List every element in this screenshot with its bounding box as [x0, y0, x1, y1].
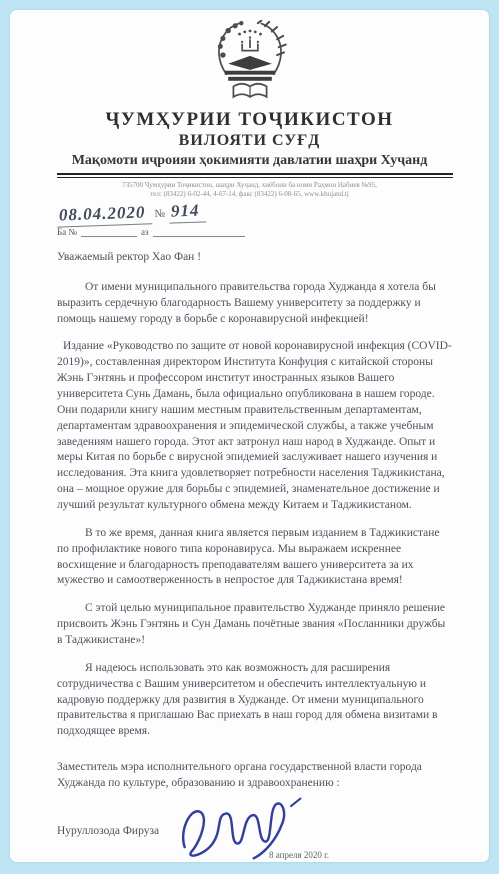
letterhead-address-line1: 735700 Ҷумҳурии Тоҷикистон, шаҳри Хуҷанд… [10, 181, 489, 190]
handwritten-date-number: 08.04.2020№914 [57, 200, 206, 227]
reference-block: 08.04.2020№914 Ба №аз [57, 203, 453, 237]
paragraph-honorary-titles: С этой целью муниципальное правительство… [57, 601, 453, 649]
number-sign: № [151, 208, 169, 221]
incoming-number-blank [81, 227, 137, 237]
incoming-number-label: Ба № [57, 227, 77, 237]
letter-document: ҶУМҲУРИИ ТОҶИКИСТОН ВИЛОЯТИ СУҒД Мақомот… [10, 10, 489, 862]
paragraph-book-publication: Издание «Руководство по защите от новой … [57, 339, 453, 513]
signer-title: Заместитель мэра исполнительного органа … [57, 759, 453, 791]
signature-date: 8 апреля 2020 г. [269, 849, 329, 862]
incoming-reference-line: Ба №аз [57, 227, 453, 237]
paragraph-cooperation-invite: Я надеюсь использовать это как возможнос… [57, 661, 453, 740]
tajikistan-emblem-icon [202, 20, 298, 104]
header-region-title: ВИЛОЯТИ СУҒД [10, 132, 489, 150]
letterhead-address: 735700 Ҷумҳурии Тоҷикистон, шаҳри Хуҷанд… [10, 181, 489, 199]
letter-body: Уважаемый ректор Хао Фан ! От имени муни… [57, 250, 453, 740]
paragraph-gratitude: От имени муниципального правительства го… [57, 280, 453, 328]
signer-name: Нуруллозода Фируза [57, 823, 159, 839]
signature-row: Нуруллозода Фируза 8 апреля 2020 г. [57, 801, 453, 862]
letterhead-address-line2: тел: (83422) 6-02-44, 4-67-14, факс (834… [10, 190, 489, 199]
paragraph-first-edition: В то же время, данная книга является пер… [57, 526, 453, 589]
salutation: Уважаемый ректор Хао Фан ! [57, 250, 453, 266]
handwritten-number: 914 [169, 200, 206, 223]
header-authority-title: Мақомоти иҷроияи ҳокимияти давлатии шаҳр… [10, 153, 489, 169]
incoming-date-blank [153, 227, 245, 237]
incoming-from-label: аз [141, 227, 149, 237]
header-divider [57, 173, 453, 178]
handwritten-date: 08.04.2020 [57, 202, 152, 227]
page-background: ҶУМҲУРИИ ТОҶИКИСТОН ВИЛОЯТИ СУҒД Мақомот… [0, 0, 499, 874]
signature-block: Заместитель мэра исполнительного органа … [57, 759, 453, 862]
header-republic-title: ҶУМҲУРИИ ТОҶИКИСТОН [10, 109, 489, 131]
